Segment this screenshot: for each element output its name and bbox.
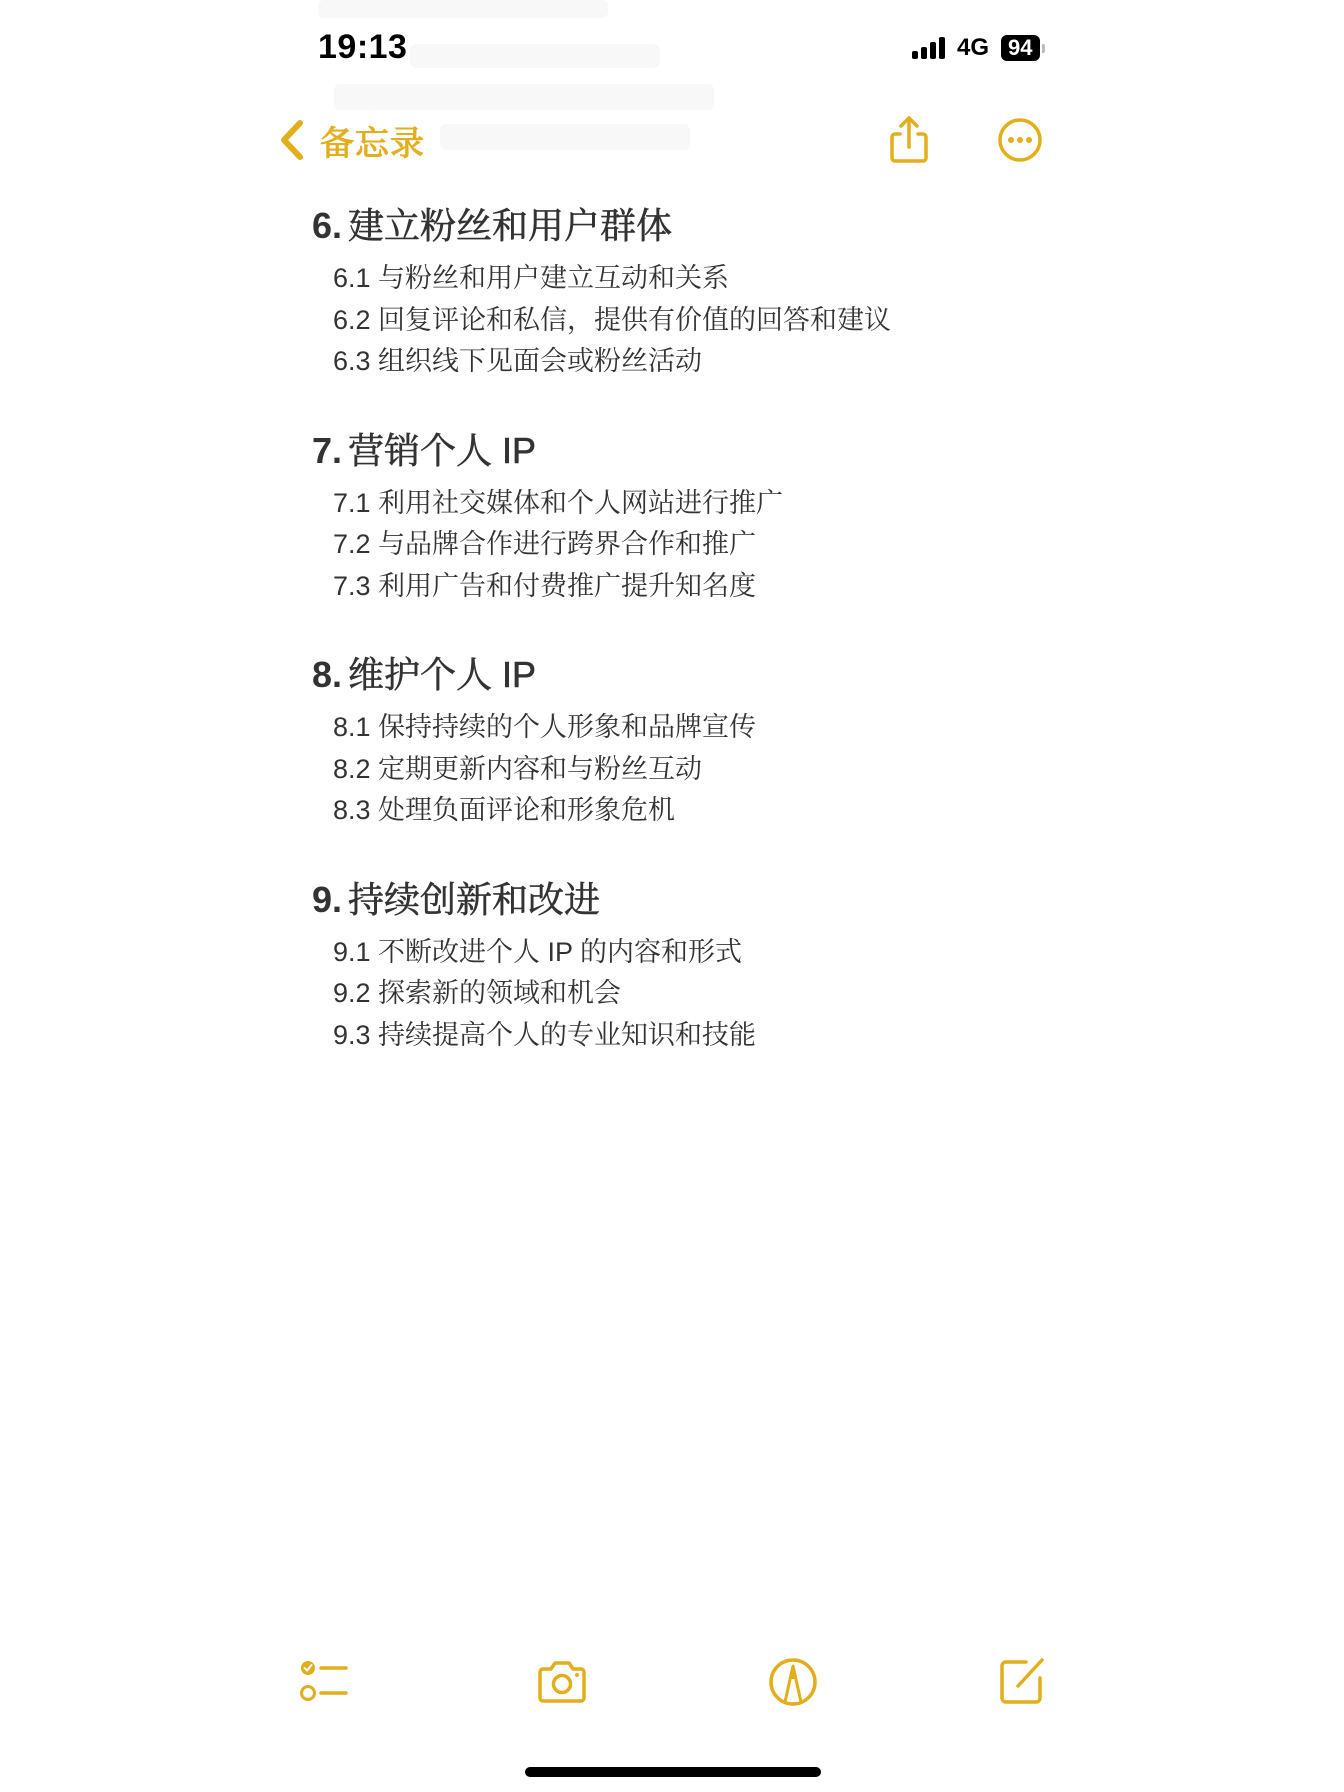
section-heading: 8.维护个人 IP — [312, 647, 1072, 703]
list-item: 8.3 处理负面评论和形象危机 — [312, 790, 1072, 832]
list-item: 7.3 利用广告和付费推广提升知名度 — [312, 566, 1072, 608]
chevron-left-icon — [278, 119, 306, 161]
list-item: 8.2 定期更新内容和与粉丝互动 — [312, 749, 1072, 791]
section-heading: 7.营销个人 IP — [312, 423, 1072, 479]
battery-level: 94 — [1001, 35, 1039, 61]
list-item: 8.1 保持持续的个人形象和品牌宣传 — [312, 707, 1072, 749]
list-item: 9.1 不断改进个人 IP 的内容和形式 — [312, 932, 1072, 974]
section-number: 7. — [312, 430, 342, 471]
battery-icon: 94 — [1001, 35, 1044, 61]
section-title: 营销个人 IP — [348, 430, 536, 471]
camera-icon — [532, 1652, 592, 1712]
note-section: 9.持续创新和改进 9.1 不断改进个人 IP 的内容和形式 9.2 探索新的领… — [312, 872, 1072, 1057]
section-heading: 6.建立粉丝和用户群体 — [312, 198, 1072, 254]
note-section: 6.建立粉丝和用户群体 6.1 与粉丝和用户建立互动和关系 6.2 回复评论和私… — [312, 198, 1072, 383]
back-button[interactable]: 备忘录 — [278, 110, 425, 170]
compose-button[interactable] — [992, 1652, 1052, 1712]
note-section: 7.营销个人 IP 7.1 利用社交媒体和个人网站进行推广 7.2 与品牌合作进… — [312, 423, 1072, 608]
list-item: 9.3 持续提高个人的专业知识和技能 — [312, 1015, 1072, 1057]
ellipsis-circle-icon — [994, 114, 1046, 166]
note-section: 8.维护个人 IP 8.1 保持持续的个人形象和品牌宣传 8.2 定期更新内容和… — [312, 647, 1072, 832]
section-title: 维护个人 IP — [348, 654, 536, 695]
section-title: 持续创新和改进 — [348, 879, 600, 920]
note-body[interactable]: 6.建立粉丝和用户群体 6.1 与粉丝和用户建立互动和关系 6.2 回复评论和私… — [312, 198, 1072, 1096]
list-item: 6.3 组织线下见面会或粉丝活动 — [312, 341, 1072, 383]
status-bar: 19:13 4G 94 — [0, 0, 1344, 90]
status-time: 19:13 — [318, 28, 407, 67]
share-button[interactable] — [883, 114, 935, 166]
section-heading: 9.持续创新和改进 — [312, 872, 1072, 928]
battery-tip — [1042, 44, 1045, 53]
more-button[interactable] — [994, 114, 1046, 166]
list-item: 6.1 与粉丝和用户建立互动和关系 — [312, 258, 1072, 300]
status-indicators: 4G 94 — [912, 34, 1045, 62]
share-icon — [883, 114, 935, 166]
cellular-signal-icon — [912, 37, 945, 59]
list-item: 7.2 与品牌合作进行跨界合作和推广 — [312, 524, 1072, 566]
section-title: 建立粉丝和用户群体 — [348, 205, 672, 246]
markup-button[interactable] — [763, 1652, 823, 1712]
bottom-toolbar — [0, 1652, 1344, 1712]
list-item: 9.2 探索新的领域和机会 — [312, 973, 1072, 1015]
section-number: 8. — [312, 654, 342, 695]
list-item: 7.1 利用社交媒体和个人网站进行推广 — [312, 483, 1072, 525]
navigation-bar: 备忘录 — [0, 110, 1344, 170]
camera-button[interactable] — [532, 1652, 592, 1712]
checklist-button[interactable] — [296, 1652, 356, 1712]
list-item: 6.2 回复评论和私信，提供有价值的回答和建议 — [312, 300, 1072, 342]
section-number: 6. — [312, 205, 342, 246]
markup-icon — [763, 1652, 823, 1712]
back-label: 备忘录 — [320, 116, 425, 165]
checklist-icon — [296, 1652, 356, 1712]
home-indicator[interactable] — [525, 1767, 821, 1777]
network-type: 4G — [957, 34, 989, 62]
section-number: 9. — [312, 879, 342, 920]
compose-icon — [992, 1652, 1052, 1712]
